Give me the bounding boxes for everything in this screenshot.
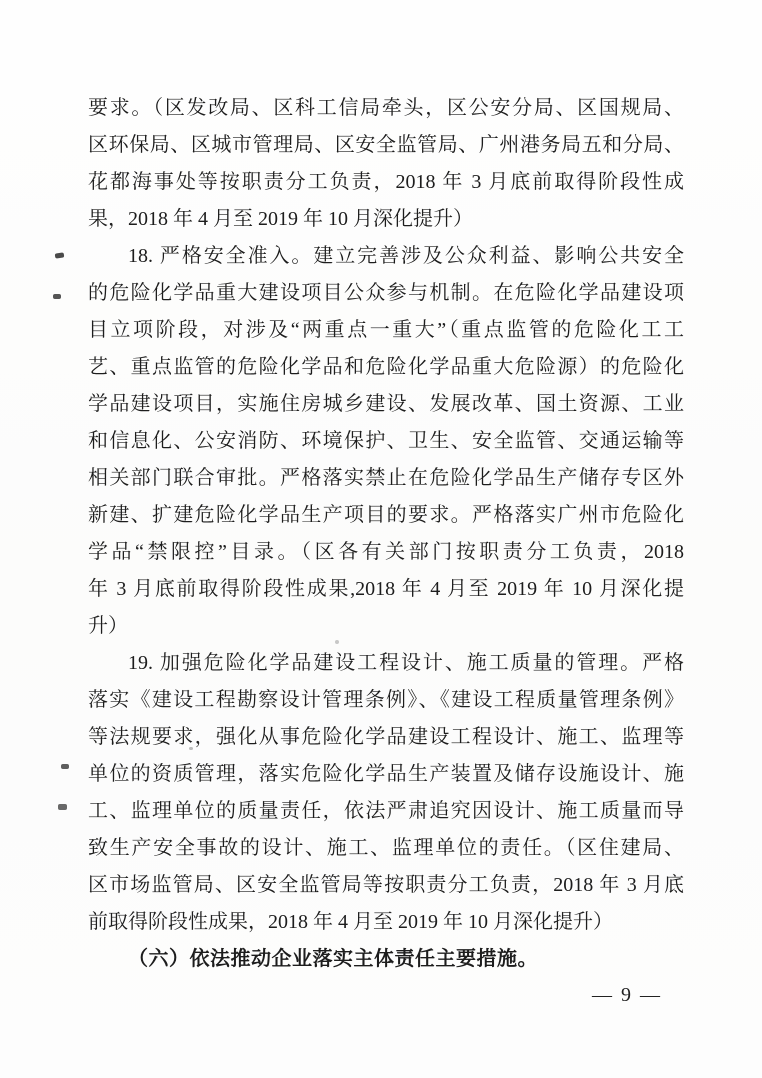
text-line-paragraph-18-start: 18. 严格安全准入。建立完善涉及公众利益、影响公共安全 — [88, 238, 684, 275]
text-line: 花都海事处等按职责分工负责，2018 年 3 月底前取得阶段性成 — [88, 164, 684, 201]
text-line: 升） — [88, 608, 684, 645]
text-line: 等法规要求，强化从事危险化学品建设工程设计、施工、监理等 — [88, 719, 684, 756]
text-line: 目立项阶段，对涉及“两重点一重大”（重点监管的危险化工工 — [88, 312, 684, 349]
text-line: 单位的资质管理，落实危险化学品生产装置及储存设施设计、施 — [88, 756, 684, 793]
text-line: 工、监理单位的质量责任，依法严肃追究因设计、施工质量而导 — [88, 793, 684, 830]
text-line: 学品建设项目，实施住房城乡建设、发展改革、国土资源、工业 — [88, 386, 684, 423]
scan-speck — [55, 252, 65, 258]
text-line: 果，2018 年 4 月至 2019 年 10 月深化提升） — [88, 201, 684, 238]
text-line: 学品“禁限控”目录。（区各有关部门按职责分工负责，2018 — [88, 534, 684, 571]
scan-speck — [58, 804, 67, 810]
text-line: 要求。（区发改局、区科工信局牵头，区公安分局、区国规局、 — [88, 90, 684, 127]
scan-speck — [61, 764, 69, 769]
document-body: 要求。（区发改局、区科工信局牵头，区公安分局、区国规局、 区环保局、区城市管理局… — [88, 90, 684, 978]
document-page: 要求。（区发改局、区科工信局牵头，区公安分局、区国规局、 区环保局、区城市管理局… — [0, 0, 762, 1078]
page-number: — 9 — — [592, 984, 662, 1007]
text-line: 相关部门联合审批。严格落实禁止在危险化学品生产储存专区外 — [88, 460, 684, 497]
text-line: 致生产安全事故的设计、施工、监理单位的责任。（区住建局、 — [88, 830, 684, 867]
text-line: 和信息化、公安消防、环境保护、卫生、安全监管、交通运输等 — [88, 423, 684, 460]
text-line: 艺、重点监管的危险化学品和危险化学品重大危险源）的危险化 — [88, 349, 684, 386]
section-heading-6: （六）依法推动企业落实主体责任主要措施。 — [88, 941, 684, 978]
scan-speck — [53, 294, 61, 299]
text-line: 新建、扩建危险化学品生产项目的要求。严格落实广州市危险化 — [88, 497, 684, 534]
text-line: 的危险化学品重大建设项目公众参与机制。在危险化学品建设项 — [88, 275, 684, 312]
scan-speck — [189, 747, 193, 750]
text-line: 年 3 月底前取得阶段性成果,2018 年 4 月至 2019 年 10 月深化… — [88, 571, 684, 608]
text-line: 落实《建设工程勘察设计管理条例》、《建设工程质量管理条例》 — [88, 682, 684, 719]
scan-speck — [335, 640, 339, 644]
text-line: 区环保局、区城市管理局、区安全监管局、广州港务局五和分局、 — [88, 127, 684, 164]
text-line: 前取得阶段性成果，2018 年 4 月至 2019 年 10 月深化提升） — [88, 904, 684, 941]
text-line: 区市场监管局、区安全监管局等按职责分工负责，2018 年 3 月底 — [88, 867, 684, 904]
text-line-paragraph-19-start: 19. 加强危险化学品建设工程设计、施工质量的管理。严格 — [88, 645, 684, 682]
